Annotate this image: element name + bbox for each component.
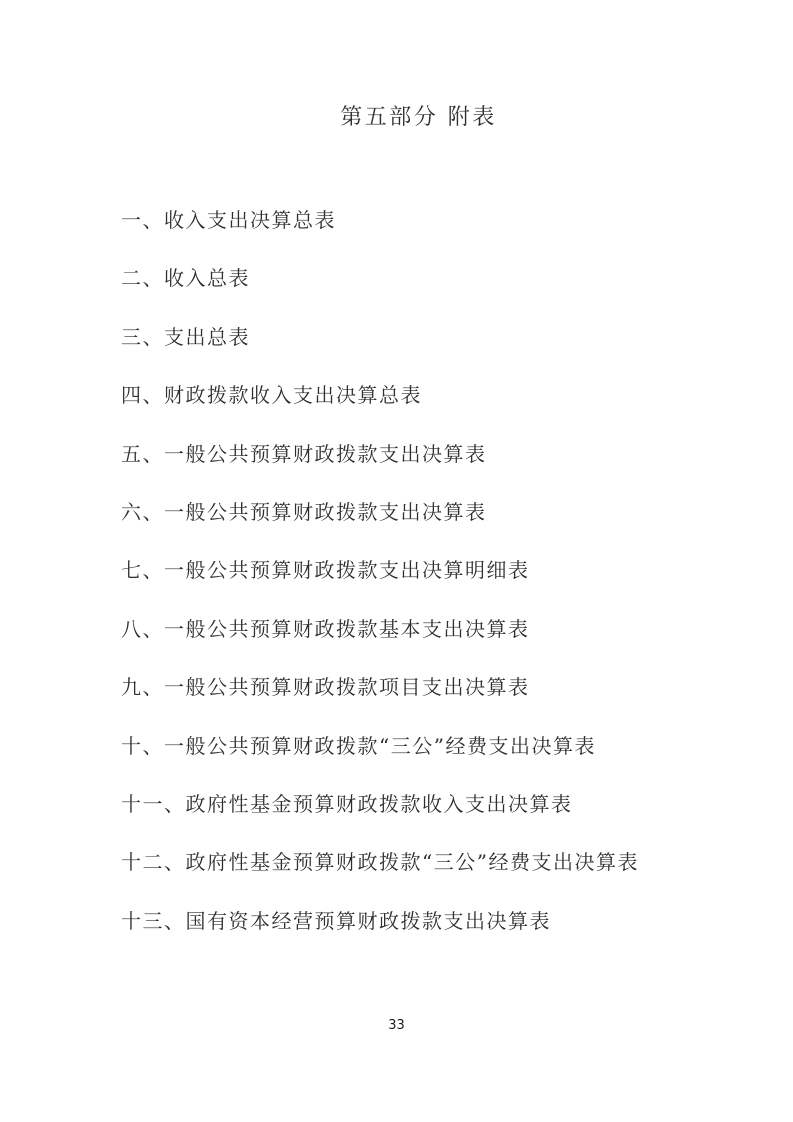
toc-item: 二、收入总表 <box>121 249 741 307</box>
toc-item: 九、一般公共预算财政拨款项目支出决算表 <box>121 658 741 716</box>
toc-item: 一、收入支出决算总表 <box>121 191 741 249</box>
page-number: 33 <box>0 1018 793 1033</box>
toc-item: 四、财政拨款收入支出决算总表 <box>121 366 741 424</box>
toc-item: 十一、政府性基金预算财政拨款收入支出决算表 <box>121 775 741 833</box>
toc-item: 三、支出总表 <box>121 308 741 366</box>
document-title: 第五部分 附表 <box>22 100 793 131</box>
toc-item: 十三、国有资本经营预算财政拨款支出决算表 <box>121 892 741 950</box>
toc-item: 六、一般公共预算财政拨款支出决算表 <box>121 483 741 541</box>
toc-list: 一、收入支出决算总表 二、收入总表 三、支出总表 四、财政拨款收入支出决算总表 … <box>121 191 741 950</box>
toc-item: 八、一般公共预算财政拨款基本支出决算表 <box>121 600 741 658</box>
toc-item: 十二、政府性基金预算财政拨款“三公”经费支出决算表 <box>121 833 741 891</box>
toc-item: 七、一般公共预算财政拨款支出决算明细表 <box>121 541 741 599</box>
toc-item: 十、一般公共预算财政拨款“三公”经费支出决算表 <box>121 717 741 775</box>
toc-item: 五、一般公共预算财政拨款支出决算表 <box>121 425 741 483</box>
document-page: 第五部分 附表 一、收入支出决算总表 二、收入总表 三、支出总表 四、财政拨款收… <box>0 0 793 1122</box>
